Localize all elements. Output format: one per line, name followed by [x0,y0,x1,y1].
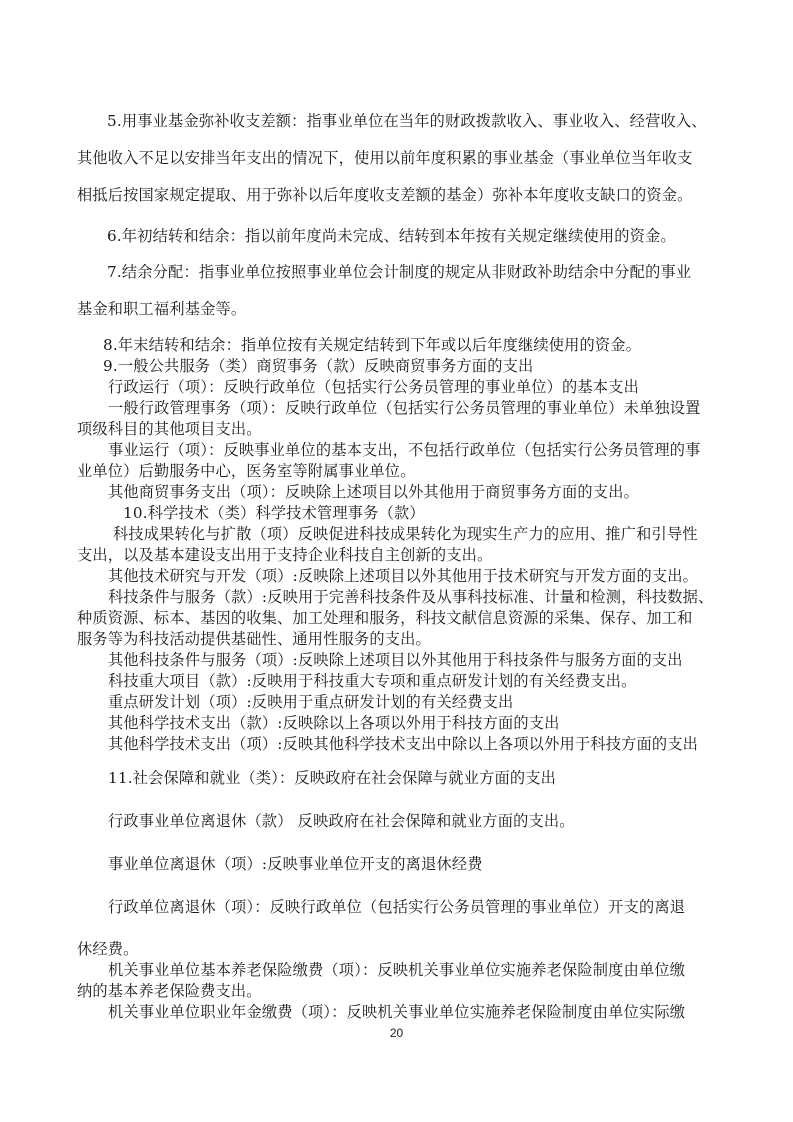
text-line: 7.结余分配：指事业单位按照事业单位会计制度的规定从非财政补助结余中分配的事业 [107,263,691,281]
text-line: 科技条件与服务（款）:反映用于完善科技条件及从事科技标准、计量和检测，科技数据、 [108,588,713,606]
text-line: 纳的基本养老保险费支出。 [77,982,262,1000]
text-line: 种质资源、标本、基因的收集、加工处理和服务，科技文献信息资源的采集、保存、加工和 [77,609,693,627]
text-line: 其他科学技术支出（款）:反映除以上各项以外用于科技方面的支出 [108,714,560,732]
text-line: 科技重大项目（款）:反映用于科技重大专项和重点研发计划的有关经费支出。 [108,672,637,690]
text-line: 机关事业单位职业年金缴费（项）：反映机关事业单位实施养老保险制度由单位实际缴 [108,1003,685,1021]
text-line: 其他科学技术支出（项）:反映其他科学技术支出中除以上各项以外用于科技方面的支出 [108,735,698,753]
text-line: 6.年初结转和结余：指以前年度尚未完成、结转到本年按有关规定继续使用的资金。 [107,227,676,245]
text-line: 11.社会保障和就业（类）：反映政府在社会保障与就业方面的支出 [108,769,556,787]
text-line: 其他商贸事务支出（项）：反映除上述项目以外其他用于商贸事务方面的支出。 [108,483,639,501]
text-line: 行政运行（项）：反映行政单位（包括实行公务员管理的事业单位）的基本支出 [108,378,639,396]
text-line: 基金和职工福利基金等。 [77,300,246,318]
page-number: 20 [0,1026,793,1040]
text-line: 其他收入不足以安排当年支出的情况下，使用以前年度积累的事业基金（事业单位当年收支 [77,149,693,167]
text-line: 重点研发计划（项）:反映用于重点研发计划的有关经费支出 [108,693,513,711]
text-line: 项级科目的其他项目支出。 [77,420,262,438]
text-line: 行政事业单位离退休（款） 反映政府在社会保障和就业方面的支出。 [108,812,575,830]
text-line: 相抵后按国家规定提取、用于弥补以后年度收支差额的基金）弥补本年度收支缺口的资金。 [77,186,693,204]
text-line: 事业单位离退休（项）:反映事业单位开支的离退休经费 [108,855,483,873]
text-line: 其他技术研究与开发（项）:反映除上述项目以外其他用于技术研究与开发方面的支出。 [108,567,698,585]
text-line: 休经费。 [77,940,139,958]
text-line: 支出，以及基本建设支出用于支持企业科技自主创新的支出。 [77,546,492,564]
text-line: 5.用事业基金弥补收支差额：指事业单位在当年的财政拨款收入、事业收入、经营收入、 [107,112,707,130]
text-line: 8.年末结转和结余：指单位按有关规定结转到下年或以后年度继续使用的资金。 [103,336,641,354]
text-line: 其他科技条件与服务（项）:反映除上述项目以外其他用于科技条件与服务方面的支出 [108,651,683,669]
text-line: 行政单位离退休（项）：反映行政单位（包括实行公务员管理的事业单位）开支的离退 [108,898,685,916]
text-line: 一般行政管理事务（项）：反映行政单位（包括实行公务员管理的事业单位）未单独设置 [108,399,701,417]
text-line: 10.科学技术（类）科学技术管理事务（款） [123,504,425,522]
text-line: 9.一般公共服务（类）商贸事务（款）反映商贸事务方面的支出 [103,357,533,375]
document-page: 5.用事业基金弥补收支差额：指事业单位在当年的财政拨款收入、事业收入、经营收入、… [0,0,793,1122]
text-line: 机关事业单位基本养老保险缴费（项）：反映机关事业单位实施养老保险制度由单位缴 [108,961,685,979]
text-line: 事业运行（项）：反映事业单位的基本支出，不包括行政单位（包括实行公务员管理的事 [108,441,701,459]
text-line: 服务等为科技活动提供基础性、通用性服务的支出。 [77,630,431,648]
text-line: 科技成果转化与扩散（项）反映促进科技成果转化为现实生产力的应用、推广和引导性 [113,525,698,543]
text-line: 业单位）后勤服务中心，医务室等附属事业单位。 [77,462,416,480]
